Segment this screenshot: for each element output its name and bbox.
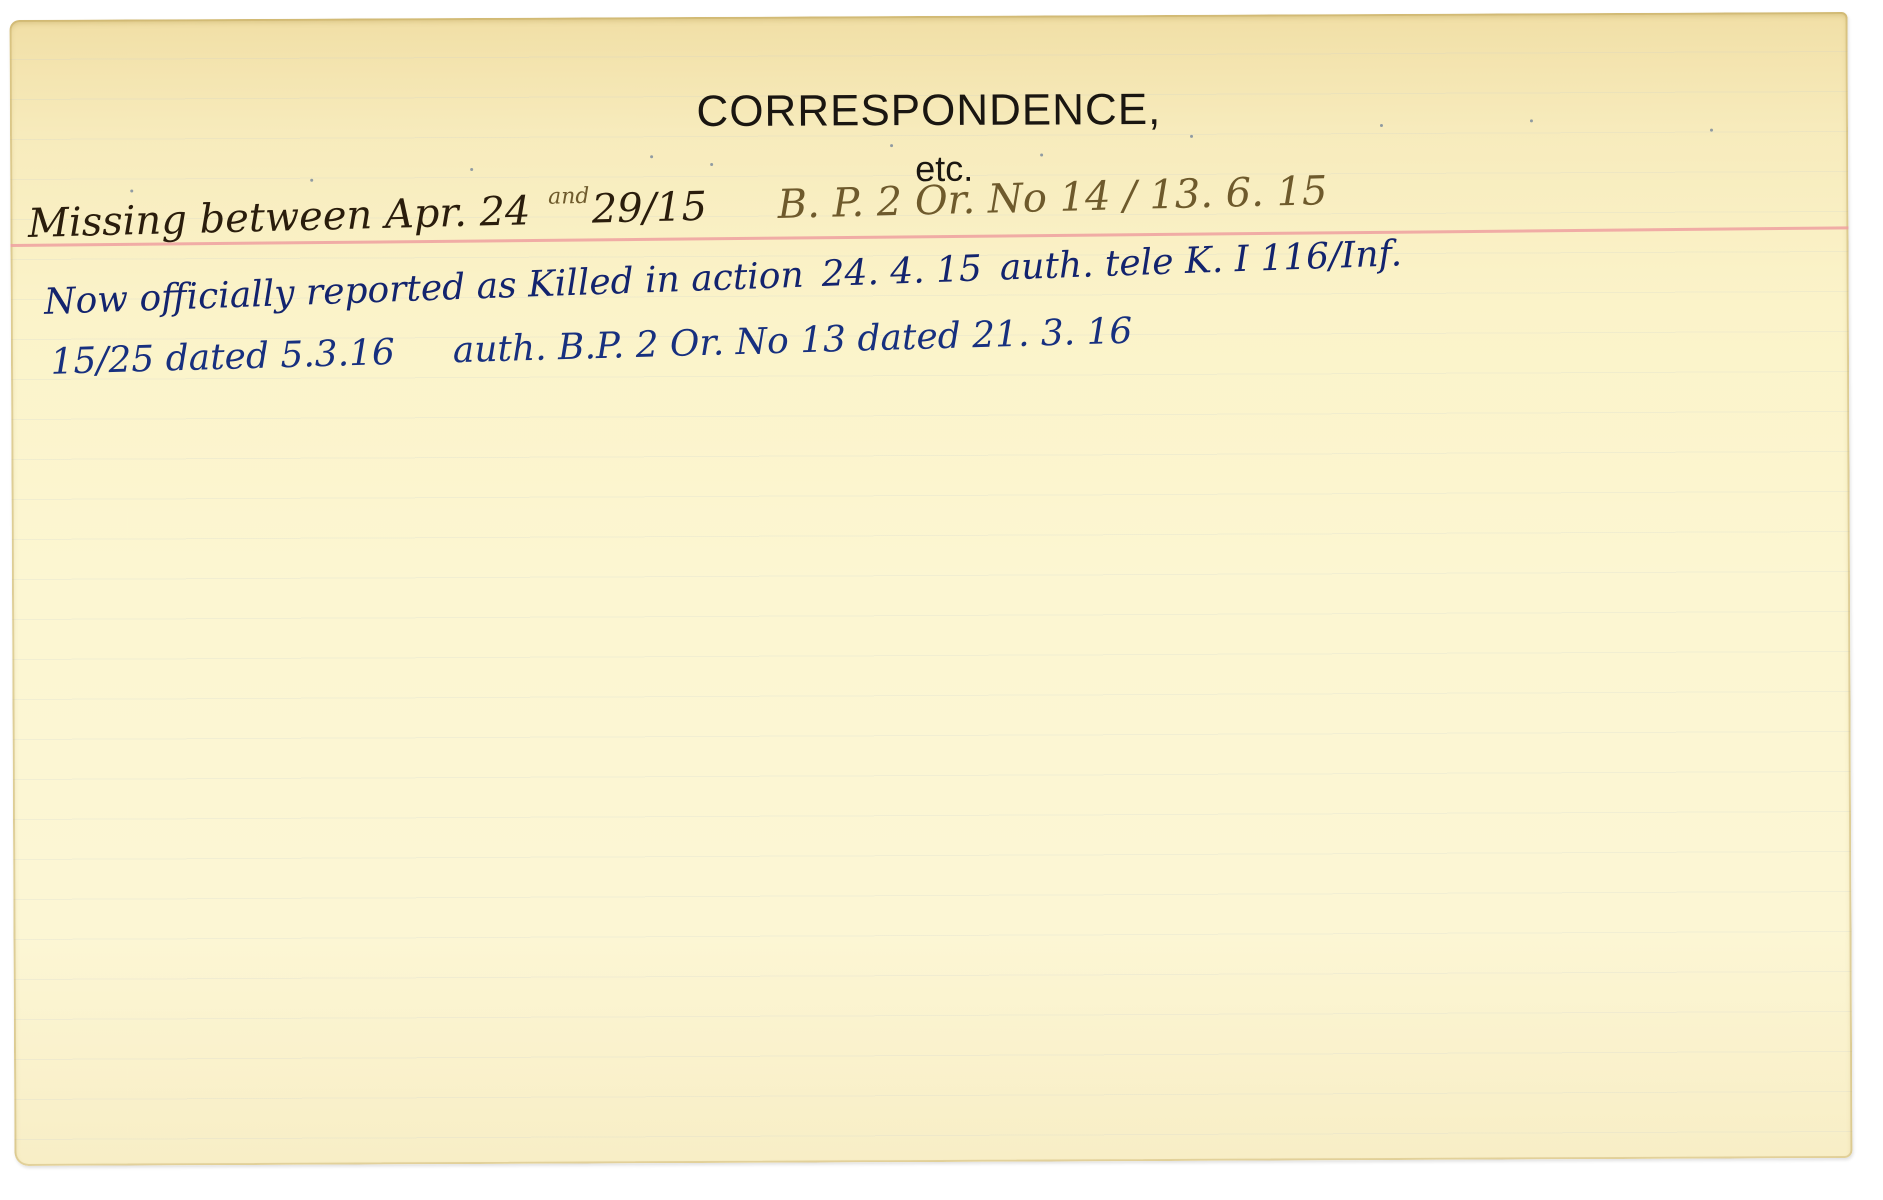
ink-speck (650, 155, 653, 158)
ink-speck (890, 144, 893, 147)
entry-line-3: 15/25 dated 5.3.16auth. B.P. 2 Or. No 13… (50, 310, 1151, 383)
ink-speck (1190, 135, 1193, 138)
entry-2-status-text: Now officially reported as Killed in act… (43, 255, 804, 323)
entry-3-authority: auth. B.P. 2 Or. No 13 dated 21. 3. 16 (452, 311, 1133, 372)
entry-1-date: 29/15 (591, 184, 707, 233)
ink-speck (1710, 129, 1713, 132)
ink-speck (1530, 119, 1533, 122)
entry-1-and-superscript: and (548, 184, 590, 210)
entry-2-authority: auth. tele K. I 116/Inf. (999, 233, 1403, 288)
entry-1-reference: B. P. 2 Or. No 14 / 13. 6. 15 (777, 168, 1328, 228)
ink-speck (130, 189, 133, 192)
ink-speck (710, 163, 713, 166)
card-heading: CORRESPONDENCE, (10, 82, 1848, 140)
ink-speck (470, 168, 473, 171)
ink-speck (1380, 124, 1383, 127)
entry-line-2: Now officially reported as Killed in act… (43, 233, 1420, 323)
entry-1-missing-text: Missing between Apr. 24 (27, 188, 531, 247)
ink-speck (1040, 154, 1043, 157)
ink-speck (310, 179, 313, 182)
entry-3-file-date: 15/25 dated 5.3.16 (50, 332, 396, 383)
correspondence-card: CORRESPONDENCE, etc. Missing between Apr… (10, 12, 1853, 1166)
entry-2-date: 24. 4. 15 (821, 248, 983, 295)
